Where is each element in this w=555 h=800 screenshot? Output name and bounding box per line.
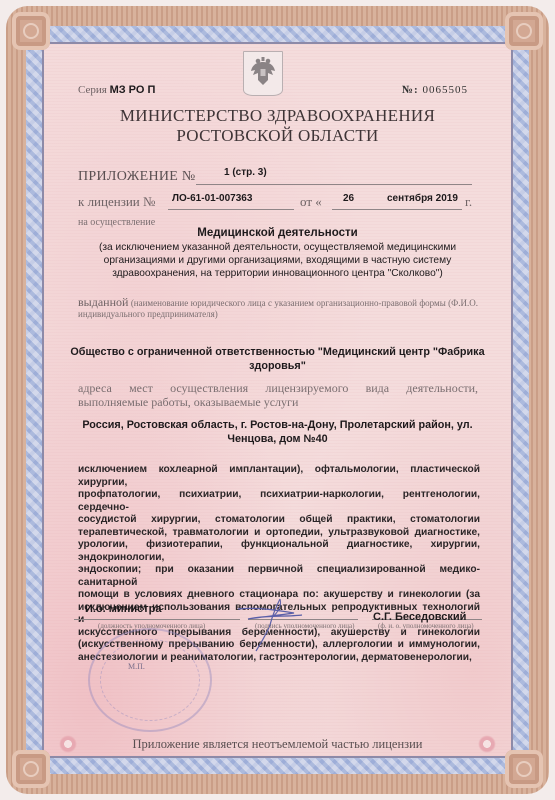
series-value: МЗ РО П [110, 84, 156, 96]
stamp-label: М.П. [128, 662, 145, 671]
name-caption: (ф. и. о. уполномоченного лица) [378, 622, 474, 630]
series-label: Серия [78, 84, 107, 96]
license-label: к лицензии № [78, 194, 155, 210]
services-line: профпатологии, психиатрии, психиатрии-на… [78, 489, 480, 514]
signature-caption: (подпись уполномоченного лица) [255, 622, 354, 630]
license-number: ЛО-61-01-007363 [172, 193, 252, 204]
issued-hint: (наименование юридического лица с указан… [78, 298, 478, 319]
number-value: 0065505 [422, 84, 468, 96]
license-date-underline [332, 209, 462, 210]
corner-ornament-icon [12, 12, 50, 50]
license-from-label: от « [300, 194, 322, 210]
coat-of-arms-icon [243, 51, 283, 96]
corner-ornament-icon [505, 750, 543, 788]
ministry-title-line1: МИНИСТЕРСТВО ЗДРАВООХРАНЕНИЯ [0, 106, 555, 126]
signatory-role: И.о. министра [85, 603, 161, 615]
services-line: сосудистой хирургии, стоматологии общей … [78, 514, 480, 527]
ministry-title-line2: РОСТОВСКОЙ ОБЛАСТИ [0, 126, 555, 146]
role-underline [74, 619, 240, 620]
license-year-suffix: г. [465, 194, 472, 210]
corner-ornament-icon [505, 12, 543, 50]
address-value: Россия, Ростовская область, г. Ростов-на… [70, 418, 485, 446]
services-line: терапевтической, травматологии и ортопед… [78, 527, 480, 540]
appendix-underline [196, 184, 472, 185]
document-number: №: 0065505 [402, 84, 468, 96]
corner-ornament-icon [12, 750, 50, 788]
license-number-underline [168, 209, 294, 210]
organization-name: Общество с ограниченной ответственностью… [70, 345, 485, 373]
footer-note: Приложение является неотъемлемой частью … [0, 737, 555, 752]
services-line: исключением кохлеарной имплантации), офт… [78, 464, 480, 489]
series: Серия МЗ РО П [78, 84, 155, 96]
activity-title: Медицинской деятельности [70, 227, 485, 239]
role-caption: (должность уполномоченного лица) [98, 622, 205, 630]
activity-note: (за исключением указанной деятельности, … [70, 241, 485, 280]
license-month-year: сентября 2019 [387, 193, 458, 204]
appendix-label: ПРИЛОЖЕНИЕ № [78, 169, 196, 185]
issued-to-label: выданной (наименование юридического лица… [78, 297, 478, 320]
number-label: №: [402, 84, 419, 96]
appendix-value: 1 (стр. 3) [224, 167, 267, 178]
services-line: урологии, физиотерапии, функциональной д… [78, 539, 480, 564]
services-line: эндоскопии; при оказании первичной специ… [78, 564, 480, 589]
official-stamp-icon [88, 628, 212, 732]
issued-label: выданной [78, 295, 128, 309]
license-appendix-document: Серия МЗ РО П №: 0065505 МИНИСТЕРСТВО ЗД… [0, 0, 555, 800]
address-label: адреса мест осуществления лицензируемого… [78, 381, 478, 409]
license-day: 26 [343, 193, 354, 204]
